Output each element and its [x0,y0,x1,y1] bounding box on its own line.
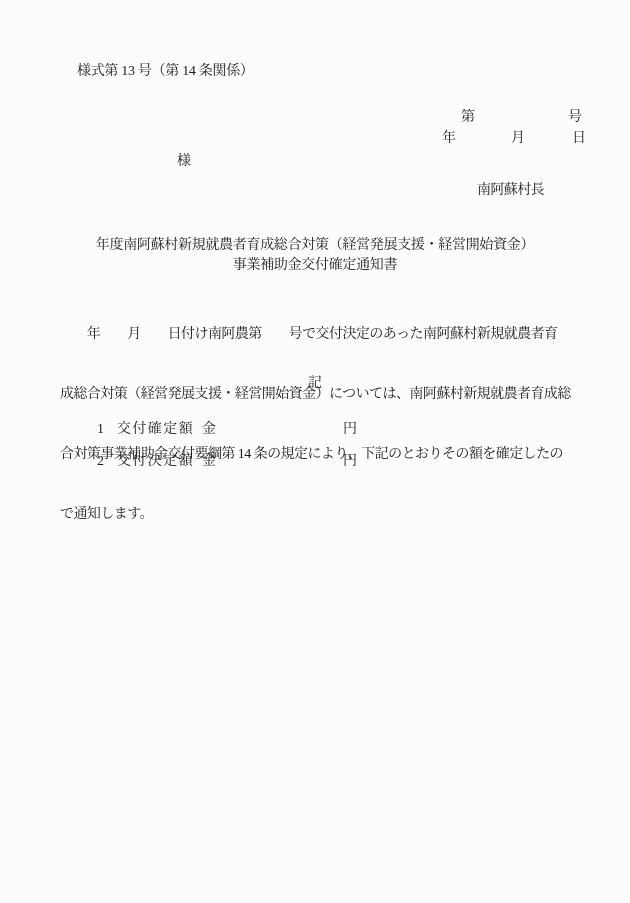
currency-suffix: 円 [343,422,357,437]
recipient-honorific: 様 [177,155,191,169]
date-year-label: 年 [442,131,456,146]
date-month-label: 月 [511,131,525,146]
item-number: 2 [97,454,104,469]
item-label: 交付確定額 [117,422,194,437]
item-label: 交付決定額 [117,454,194,469]
document-title-line2: 事業補助金交付確定通知書 [0,259,630,273]
currency-suffix: 円 [343,454,357,469]
date-line: 年月日 [428,118,586,160]
date-month-blank [525,141,572,142]
list-item-decided-amount: 2交付決定額金円 [83,441,357,483]
amount-blank [216,432,343,433]
date-year-blank [456,141,511,142]
body-line: 年 月 日付け南阿農第 号で交付決定のあった南阿蘇村新規就農者育 [60,325,575,345]
sender-title: 南阿蘇村長 [477,184,544,198]
form-number: 様式第 13 号（第 14 条関係） [77,65,254,79]
document-title-line1: 年度南阿蘇村新規就農者育成総合対策（経営発展支援・経営開始資金） [0,239,630,253]
amount-blank [216,464,343,465]
item-number: 1 [97,422,104,437]
body-line: で通知します。 [60,505,575,525]
date-day-label: 日 [572,131,586,146]
ki-marker: 記 [0,377,630,391]
currency-prefix: 金 [202,422,216,437]
document-page: 様式第 13 号（第 14 条関係） 第号 年月日 様 南阿蘇村長 年度南阿蘇村… [0,0,630,903]
currency-prefix: 金 [202,454,216,469]
